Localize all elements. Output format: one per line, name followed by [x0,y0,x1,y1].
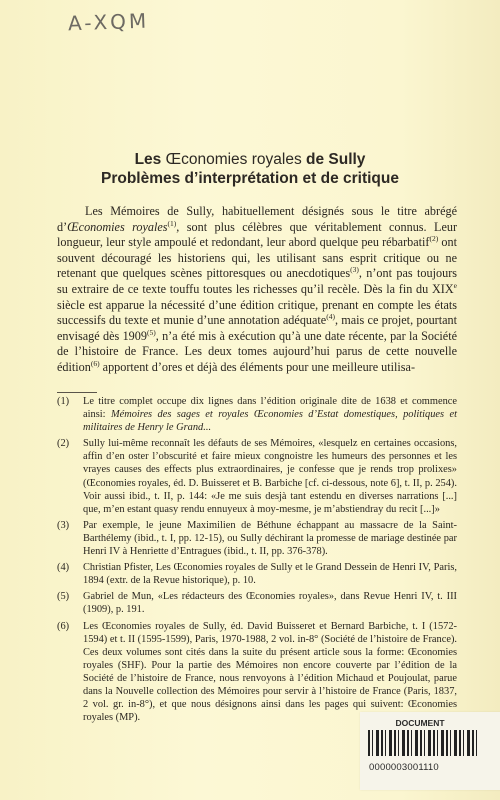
italic-title: Mémoires des sages et royales Œconomies … [83,409,457,433]
footnote-text: Gabriel de Mun, «Les rédacteurs des Œcon… [83,590,457,616]
footnote-text: Christian Pfister, Les Œconomies royales… [83,561,457,587]
title-text: Les [135,151,166,168]
footnote-number: (5) [57,590,83,616]
footnote-ref: (1) [168,219,177,228]
title-text: de Sully [302,151,366,168]
title-line-2: Problèmes d’interprétation et de critiqu… [0,169,500,188]
barcode-sticker: DOCUMENT 0000003001110 [360,712,500,790]
footnote: (5)Gabriel de Mun, «Les rédacteurs des Œ… [57,590,457,616]
footnote-ref: (4) [326,312,335,321]
footnote-ref: (2) [430,234,439,243]
footnote-number: (3) [57,519,83,558]
title-line-1: Les Œconomies royales de Sully [0,150,500,169]
footnote-ref: (6) [91,359,100,368]
body-paragraph: Les Mémoires de Sully, habituellement dé… [57,204,457,376]
footnote-text: Les Œconomies royales de Sully, éd. Davi… [83,620,457,725]
footnote: (3)Par exemple, le jeune Maximilien de B… [57,519,457,558]
footnote-number: (4) [57,561,83,587]
footnote-text: Le titre complet occupe dix lignes dans … [83,395,457,434]
handwritten-shelfmark: A-XQM [68,9,150,36]
footnote-ref: (3) [350,265,359,274]
title-work-name: Œconomies royales [166,151,302,168]
footnote-number: (1) [57,395,83,434]
superscript: e [454,281,457,290]
text-run: apportent d’ores et déjà des éléments po… [100,360,415,374]
barcode-number: 0000003001110 [369,762,439,773]
footnote: (1)Le titre complet occupe dix lignes da… [57,395,457,434]
barcode-label: DOCUMENT [360,718,480,728]
footnote: (2)Sully lui-même reconnaît les défauts … [57,437,457,516]
article-title: Les Œconomies royales de Sully Problèmes… [0,150,500,188]
footnote: (6)Les Œconomies royales de Sully, éd. D… [57,620,457,725]
footnote-ref: (5) [147,328,156,337]
footnote-number: (2) [57,437,83,516]
footnote-text: Sully lui-même reconnaît les défauts de … [83,437,457,516]
footnotes: (1)Le titre complet occupe dix lignes da… [57,395,457,727]
italic-title: Œconomies royales [67,220,167,234]
footnote-separator [57,392,97,393]
footnote-number: (6) [57,620,83,725]
barcode-icon [368,730,480,756]
footnote: (4)Christian Pfister, Les Œconomies roya… [57,561,457,587]
footnote-text: Par exemple, le jeune Maximilien de Béth… [83,519,457,558]
